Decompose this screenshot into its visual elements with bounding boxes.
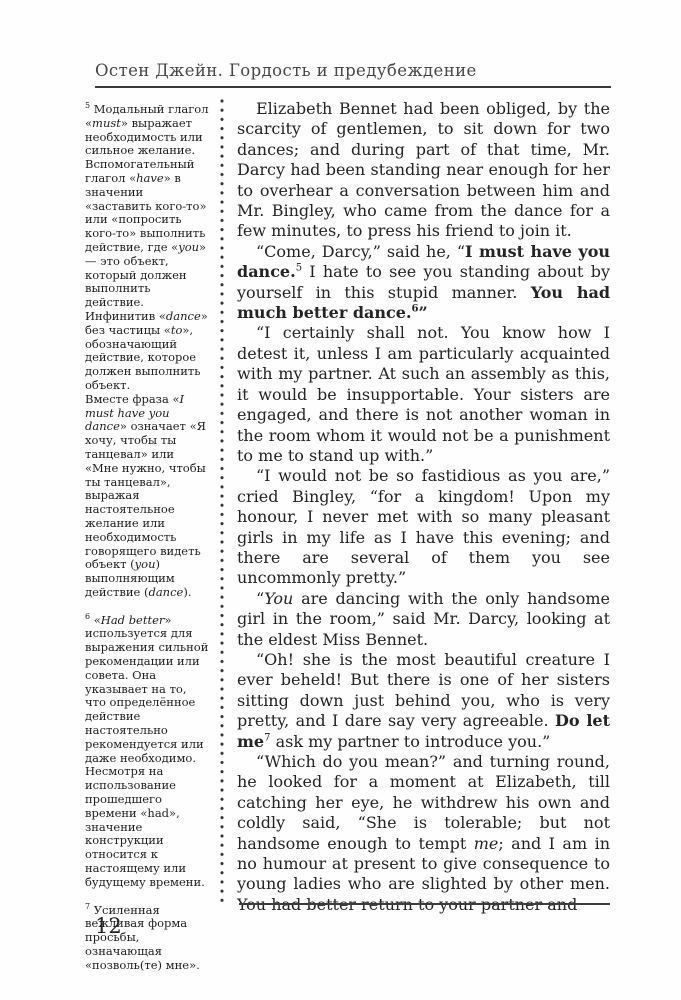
- dotted-column-divider: [220, 97, 224, 905]
- main-text-column: Elizabeth Bennet had been obliged, by th…: [237, 99, 610, 915]
- book-page: Остен Джейн. Гордость и предубеждение 5 …: [0, 0, 681, 1000]
- footnote: 5 Модальный глагол «must» выражает необх…: [85, 103, 210, 600]
- paragraph: “Come, Darcy,” said he, “I must have you…: [237, 242, 610, 324]
- paragraph: “You are dancing with the only handsome …: [237, 589, 610, 650]
- running-head-title: Остен Джейн. Гордость и предубеждение: [95, 61, 611, 80]
- paragraph: “Oh! she is the most beautiful creature …: [237, 650, 610, 752]
- footnote: 6 «Had better» используется для выражени…: [85, 614, 210, 890]
- paragraph: “Which do you mean?” and turning round, …: [237, 752, 610, 915]
- page-number: 12: [95, 914, 122, 938]
- footer-rule: [239, 903, 610, 905]
- paragraph: “I would not be so fastidious as you are…: [237, 466, 610, 588]
- paragraph: Elizabeth Bennet had been obliged, by th…: [237, 99, 610, 242]
- footnotes-column: 5 Модальный глагол «must» выражает необх…: [85, 103, 210, 987]
- paragraph: “I certainly shall not. You know how I d…: [237, 323, 610, 466]
- header-rule: [95, 86, 611, 88]
